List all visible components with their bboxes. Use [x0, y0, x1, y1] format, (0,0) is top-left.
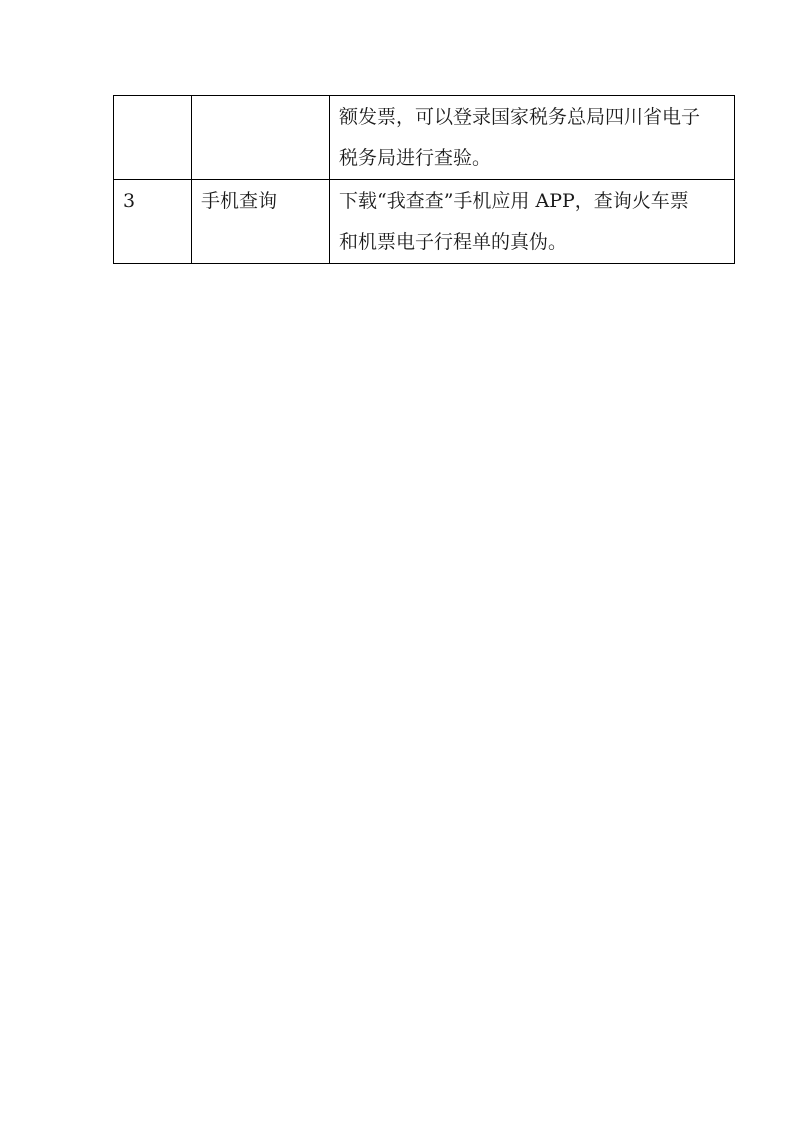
document-page: 额发票，可以登录国家税务总局四川省电子 税务局进行查验。 3 手机查询 下载“我…	[0, 0, 793, 1122]
content-table: 额发票，可以登录国家税务总局四川省电子 税务局进行查验。 3 手机查询 下载“我…	[113, 95, 735, 264]
cell-number: 3	[114, 180, 192, 264]
description-line: 税务局进行查验。	[339, 138, 726, 179]
description-line: 和机票电子行程单的真伪。	[339, 222, 726, 263]
description-line: 额发票，可以登录国家税务总局四川省电子	[339, 97, 726, 138]
cell-description: 额发票，可以登录国家税务总局四川省电子 税务局进行查验。	[330, 96, 735, 180]
cell-method: 手机查询	[192, 180, 330, 264]
table-row: 3 手机查询 下载“我查查”手机应用 APP，查询火车票 和机票电子行程单的真伪…	[114, 180, 735, 264]
cell-method	[192, 96, 330, 180]
table-row: 额发票，可以登录国家税务总局四川省电子 税务局进行查验。	[114, 96, 735, 180]
cell-description: 下载“我查查”手机应用 APP，查询火车票 和机票电子行程单的真伪。	[330, 180, 735, 264]
description-line: 下载“我查查”手机应用 APP，查询火车票	[339, 181, 726, 222]
cell-number	[114, 96, 192, 180]
